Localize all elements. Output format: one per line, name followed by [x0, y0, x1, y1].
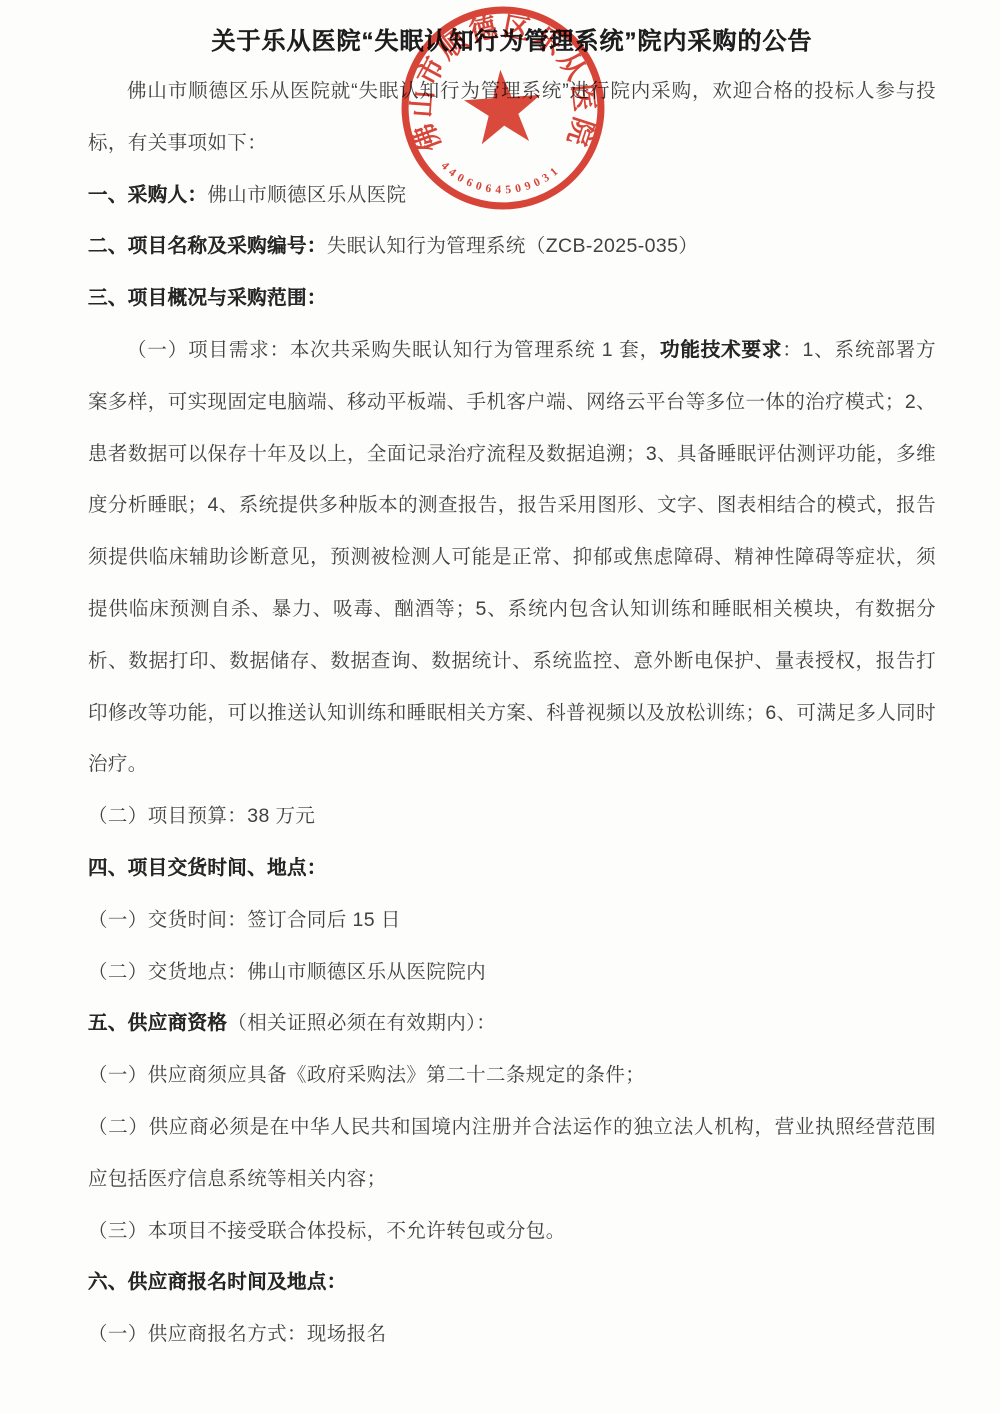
- section-6-item-1: （一）供应商报名方式：现场报名: [88, 1309, 936, 1361]
- text-segment: 佛山市顺德区乐从医院就“失眠认知行为管理系统”进行院内采购，欢迎合格的投标人参与…: [88, 80, 936, 154]
- bold-text-segment: 二、项目名称及采购编号：: [88, 235, 327, 257]
- bold-text-segment: 一、采购人：: [88, 184, 207, 206]
- bold-text-segment: 六、供应商报名时间及地点：: [88, 1271, 347, 1293]
- text-segment: 佛山市顺德区乐从医院: [207, 184, 406, 206]
- text-segment: （二）交货地点：佛山市顺德区乐从医院院内: [88, 961, 486, 983]
- bold-text-segment: 四、项目交货时间、地点：: [88, 857, 327, 879]
- page-title: 关于乐从医院“失眠认知行为管理系统”院内采购的公告: [88, 24, 936, 60]
- text-segment: 失眠认知行为管理系统（ZCB-2025-035）: [327, 235, 699, 257]
- text-segment: （二）供应商必须是在中华人民共和国境内注册并合法运作的独立法人机构，营业执照经营…: [88, 1116, 936, 1190]
- section-4-heading: 四、项目交货时间、地点：: [88, 843, 936, 895]
- section-6-heading: 六、供应商报名时间及地点：: [88, 1257, 936, 1309]
- section-3-requirements: （一）项目需求：本次共采购失眠认知行为管理系统 1 套，功能技术要求：1、系统部…: [88, 325, 936, 791]
- bold-text-segment: 三、项目概况与采购范围：: [88, 287, 327, 309]
- bold-text-segment: 五、供应商资格: [88, 1012, 227, 1034]
- section-3-budget: （二）项目预算：38 万元: [88, 791, 936, 843]
- intro-paragraph: 佛山市顺德区乐从医院就“失眠认知行为管理系统”进行院内采购，欢迎合格的投标人参与…: [88, 66, 936, 170]
- section-3-overview-heading: 三、项目概况与采购范围：: [88, 273, 936, 325]
- text-segment: （二）项目预算：38 万元: [88, 805, 315, 827]
- section-5-item-1: （一）供应商须应具备《政府采购法》第二十二条规定的条件；: [88, 1050, 936, 1102]
- section-1-purchaser: 一、采购人：佛山市顺德区乐从医院: [88, 170, 936, 222]
- text-segment: （一）供应商报名方式：现场报名: [88, 1323, 387, 1345]
- text-segment: （相关证照必须在有效期内）：: [227, 1012, 496, 1034]
- section-5-item-3: （三）本项目不接受联合体投标，不允许转包或分包。: [88, 1206, 936, 1258]
- section-5-heading: 五、供应商资格（相关证照必须在有效期内）：: [88, 998, 936, 1050]
- document-body: 佛山市顺德区乐从医院就“失眠认知行为管理系统”进行院内采购，欢迎合格的投标人参与…: [88, 66, 936, 1361]
- document-content: 关于乐从医院“失眠认知行为管理系统”院内采购的公告 佛山市顺德区乐从医院就“失眠…: [88, 24, 936, 1361]
- text-segment: （一）交货时间：签订合同后 15 日: [88, 909, 401, 931]
- section-4-delivery-time: （一）交货时间：签订合同后 15 日: [88, 895, 936, 947]
- scanned-document-page: 关于乐从医院“失眠认知行为管理系统”院内采购的公告 佛山市顺德区乐从医院就“失眠…: [0, 0, 1000, 1413]
- text-segment: ：1、系统部署方案多样，可实现固定电脑端、移动平板端、手机客户端、网络云平台等多…: [88, 339, 936, 775]
- section-4-delivery-place: （二）交货地点：佛山市顺德区乐从医院院内: [88, 947, 936, 999]
- text-segment: （一）供应商须应具备《政府采购法》第二十二条规定的条件；: [88, 1064, 645, 1086]
- bold-text-segment: 功能技术要求: [660, 339, 782, 361]
- section-5-item-2: （二）供应商必须是在中华人民共和国境内注册并合法运作的独立法人机构，营业执照经营…: [88, 1102, 936, 1206]
- text-segment: （三）本项目不接受联合体投标，不允许转包或分包。: [88, 1220, 566, 1242]
- text-segment: （一）项目需求：本次共采购失眠认知行为管理系统 1 套，: [127, 339, 660, 361]
- section-2-project-name: 二、项目名称及采购编号：失眠认知行为管理系统（ZCB-2025-035）: [88, 221, 936, 273]
